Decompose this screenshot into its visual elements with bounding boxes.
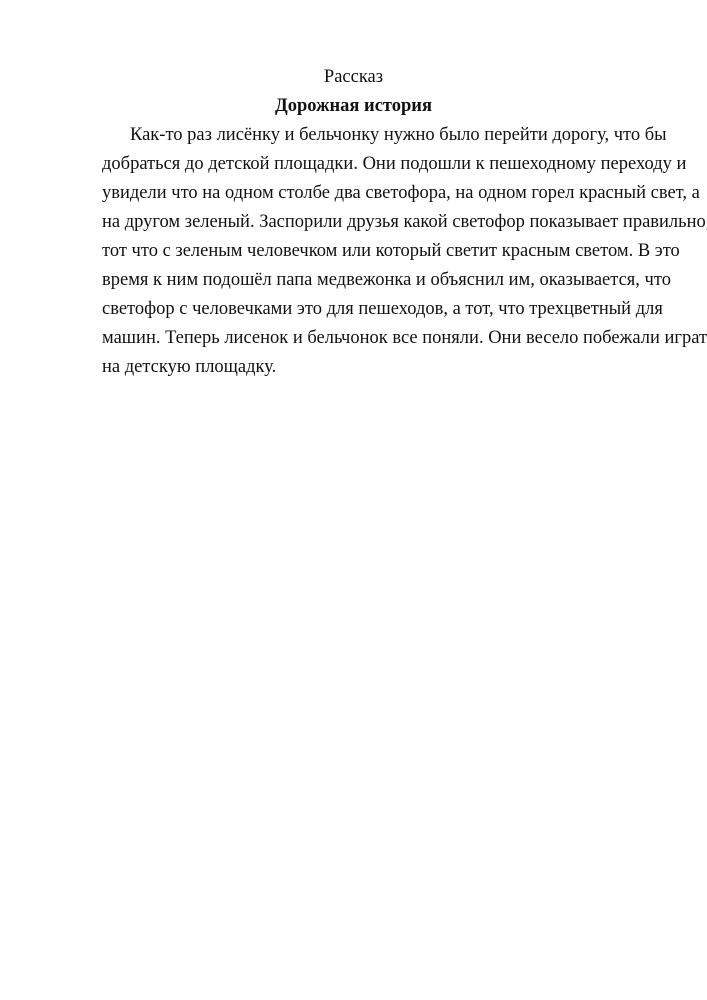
paragraph-line: добраться до детской площадки. Они подош…: [102, 153, 658, 182]
paragraph-line: время к ним подошёл папа медвежонка и об…: [102, 269, 658, 298]
paragraph-line: Как-то раз лисёнку и бельчонку нужно был…: [102, 124, 658, 153]
paragraph-line: машин. Теперь лисенок и бельчонок все по…: [102, 327, 658, 356]
paragraph-line: на другом зеленый. Заспорили друзья како…: [102, 211, 658, 240]
story-paragraph: Как-то раз лисёнку и бельчонку нужно был…: [102, 124, 658, 385]
paragraph-line: светофор с человечками это для пешеходов…: [102, 298, 658, 327]
document-title: Рассказ: [0, 66, 707, 88]
paragraph-line: увидели что на одном столбе два светофор…: [102, 182, 658, 211]
story-heading: Дорожная история: [0, 95, 707, 117]
paragraph-line: тот что с зеленым человечком или который…: [102, 240, 658, 269]
paragraph-line: на детскую площадку.: [102, 356, 658, 385]
document-page: Рассказ Дорожная история Как-то раз лисё…: [0, 0, 707, 1000]
